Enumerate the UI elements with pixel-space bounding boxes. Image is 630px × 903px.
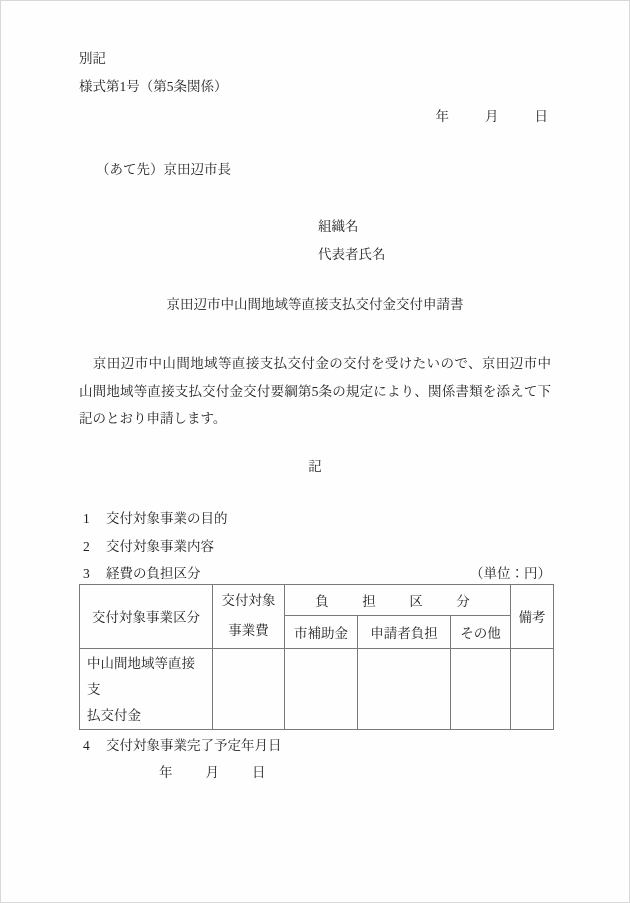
unit-note: （単位：円） — [470, 564, 551, 583]
addressee-line: （あて先）京田辺市長 — [79, 160, 551, 179]
issue-date-line: 年 月 日 — [79, 107, 551, 126]
item-project-objective: 1交付対象事業の目的 — [79, 509, 551, 528]
item-label: 交付対象事業完了予定年月日 — [106, 736, 282, 755]
cell-applicant-burden — [358, 648, 451, 729]
representative-name-label: 代表者氏名 — [79, 245, 551, 264]
expense-burden-table: 交付対象事業区分 交付対象 事業費 負 担 区 分 備考 市補助金 申請者負担 … — [79, 584, 554, 730]
form-number: 様式第1号（第5条関係） — [79, 77, 551, 96]
table-header-business-category: 交付対象事業区分 — [80, 584, 213, 648]
cell-target-cost — [213, 648, 285, 729]
item-label: 経費の負担区分 — [106, 564, 201, 583]
appendix-label: 別記 — [79, 49, 551, 68]
table-header-city-subsidy: 市補助金 — [285, 615, 358, 648]
item-number: 2 — [83, 537, 106, 556]
cell-remarks — [511, 648, 554, 729]
item-number: 3 — [83, 564, 106, 583]
table-header-remarks: 備考 — [511, 584, 554, 648]
document-title: 京田辺市中山間地域等直接支払交付金交付申請書 — [79, 295, 551, 314]
table-row: 中山間地域等直接支 払交付金 — [80, 648, 554, 729]
cell-other — [451, 648, 511, 729]
item-project-content: 2交付対象事業内容 — [79, 537, 551, 556]
table-header-burden-group: 負 担 区 分 — [285, 584, 511, 615]
application-body-paragraph: 京田辺市中山間地域等直接支払交付金の交付を受けたいので、京田辺市中山間地域等直接… — [79, 350, 551, 433]
table-header-applicant-burden: 申請者負担 — [358, 615, 451, 648]
organization-name-label: 組織名 — [79, 217, 551, 236]
record-marker: 記 — [79, 457, 551, 476]
table-header-other: その他 — [451, 615, 511, 648]
item-label: 交付対象事業の目的 — [106, 509, 228, 528]
item-expense-burden: 3経費の負担区分 （単位：円） — [79, 564, 551, 583]
application-form-page: 別記 様式第1号（第5条関係） 年 月 日 （あて先）京田辺市長 組織名 代表者… — [0, 0, 630, 903]
item-completion-date: 4交付対象事業完了予定年月日 — [79, 736, 551, 755]
table-header-target-cost: 交付対象 事業費 — [213, 584, 285, 648]
item-number: 4 — [83, 736, 106, 755]
item-label: 交付対象事業内容 — [106, 537, 214, 556]
completion-date-line: 年 月 日 — [79, 763, 551, 782]
cell-category: 中山間地域等直接支 払交付金 — [80, 648, 213, 729]
item-number: 1 — [83, 509, 106, 528]
cell-city-subsidy — [285, 648, 358, 729]
